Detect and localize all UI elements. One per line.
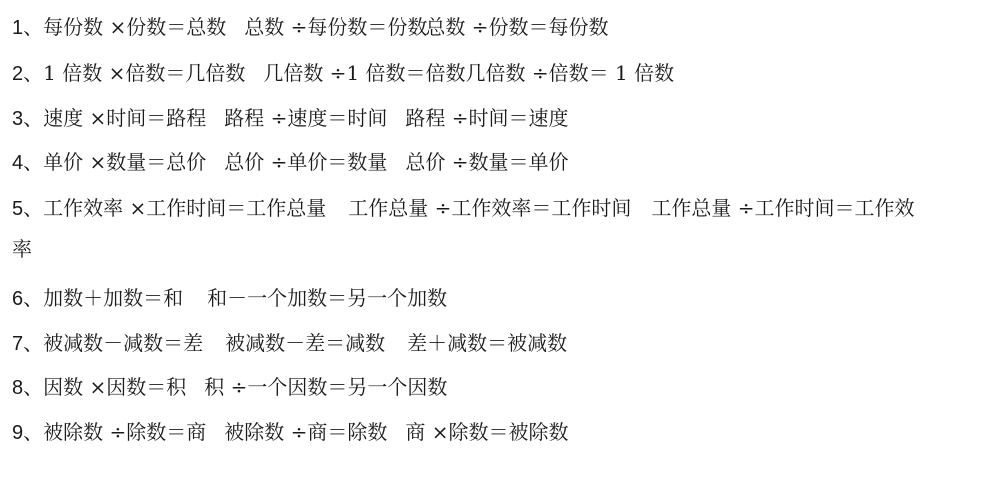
item-number: 9、 (12, 422, 43, 444)
formula: 几倍数 ÷1 倍数＝倍数 (263, 61, 465, 85)
formula: 工作总量 ÷工作时间＝工作效 (651, 196, 914, 220)
formula-line-9: 9、被除数 ÷除数＝商被除数 ÷商＝除数商 ×除数＝被除数 (12, 420, 569, 445)
item-number: 2、 (12, 63, 43, 85)
formula: 1 倍数 ×倍数＝几倍数 (43, 61, 245, 85)
item-number: 5、 (12, 198, 43, 220)
formula: 和－一个加数＝另一个加数 (207, 286, 447, 310)
formula-line-2: 2、1 倍数 ×倍数＝几倍数几倍数 ÷1 倍数＝倍数几倍数 ÷倍数＝ 1 倍数 (12, 61, 674, 86)
item-number: 3、 (12, 108, 43, 130)
formula-line-1: 1、每份数 ×份数＝总数总数 ÷每份数＝份数总数 ÷份数＝每份数 (12, 15, 609, 40)
formula: 总数 ÷份数＝每份数 (425, 15, 608, 39)
formula: 路程 ÷速度＝时间 (224, 106, 387, 130)
formula-wrap: 率 (12, 237, 32, 261)
formula: 总价 ÷数量＝单价 (405, 150, 568, 174)
formula: 总数 ÷每份数＝份数 (244, 15, 427, 39)
formula: 差＋减数＝被减数 (407, 331, 567, 355)
formula: 积 ÷一个因数＝另一个因数 (204, 375, 447, 399)
formula: 被减数－差＝减数 (225, 331, 385, 355)
formula-line-5-wrap: 率 (12, 237, 32, 261)
formula: 被除数 ÷除数＝商 (43, 420, 206, 444)
formula: 被除数 ÷商＝除数 (224, 420, 387, 444)
formula-line-3: 3、速度 ×时间＝路程路程 ÷速度＝时间路程 ÷时间＝速度 (12, 106, 569, 131)
formula: 因数 ×因数＝积 (43, 375, 186, 399)
formula-line-5: 5、工作效率 ×工作时间＝工作总量工作总量 ÷工作效率＝工作时间工作总量 ÷工作… (12, 196, 915, 221)
formula: 总价 ÷单价＝数量 (224, 150, 387, 174)
formula-line-7: 7、被减数－减数＝差被减数－差＝减数差＋减数＝被减数 (12, 331, 567, 356)
formula: 路程 ÷时间＝速度 (405, 106, 568, 130)
formula: 商 ×除数＝被除数 (405, 420, 568, 444)
formula-line-4: 4、单价 ×数量＝总价总价 ÷单价＝数量总价 ÷数量＝单价 (12, 150, 569, 175)
formula: 几倍数 ÷倍数＝ 1 倍数 (466, 61, 675, 85)
item-number: 1、 (12, 17, 43, 39)
formula: 被减数－减数＝差 (43, 331, 203, 355)
item-number: 7、 (12, 333, 43, 355)
formula: 单价 ×数量＝总价 (43, 150, 206, 174)
formula: 工作总量 ÷工作效率＝工作时间 (348, 196, 631, 220)
formula: 每份数 ×份数＝总数 (43, 15, 226, 39)
formula: 加数＋加数＝和 (43, 286, 183, 310)
formula: 速度 ×时间＝路程 (43, 106, 206, 130)
item-number: 4、 (12, 152, 43, 174)
formula: 工作效率 ×工作时间＝工作总量 (43, 196, 326, 220)
item-number: 8、 (12, 377, 43, 399)
formula-line-8: 8、因数 ×因数＝积积 ÷一个因数＝另一个因数 (12, 375, 447, 400)
item-number: 6、 (12, 288, 43, 310)
formula-line-6: 6、加数＋加数＝和和－一个加数＝另一个加数 (12, 286, 447, 311)
